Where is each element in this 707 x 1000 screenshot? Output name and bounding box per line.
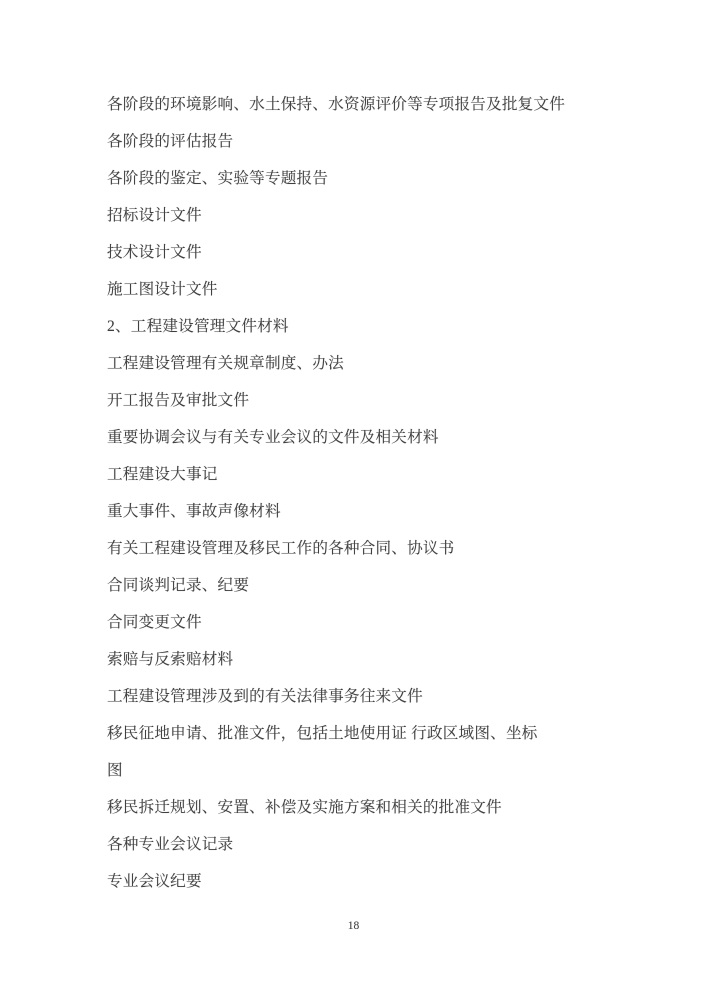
doc-line: 移民拆迁规划、安置、补偿及实施方案和相关的批准文件	[107, 789, 667, 826]
doc-line: 各种专业会议记录	[107, 826, 667, 863]
doc-line: 工程建设大事记	[107, 456, 667, 493]
document-page: 各阶段的环境影响、水土保持、水资源评价等专项报告及批复文件 各阶段的评估报告 各…	[0, 0, 707, 1000]
doc-line: 工程建设管理涉及到的有关法律事务往来文件	[107, 678, 667, 715]
doc-line: 移民征地申请、批准文件，包括土地使用证 行政区域图、坐标	[107, 715, 667, 752]
doc-line: 开工报告及审批文件	[107, 382, 667, 419]
doc-line: 技术设计文件	[107, 234, 667, 271]
doc-line: 索赔与反索赔材料	[107, 641, 667, 678]
doc-line: 合同变更文件	[107, 604, 667, 641]
doc-line: 施工图设计文件	[107, 271, 667, 308]
doc-section-heading: 2、工程建设管理文件材料	[107, 308, 667, 345]
doc-line: 各阶段的环境影响、水土保持、水资源评价等专项报告及批复文件	[107, 86, 667, 123]
doc-line: 各阶段的评估报告	[107, 123, 667, 160]
doc-line-continuation: 图	[107, 752, 667, 789]
document-body: 各阶段的环境影响、水土保持、水资源评价等专项报告及批复文件 各阶段的评估报告 各…	[107, 86, 667, 900]
page-number: 18	[0, 920, 707, 932]
doc-line: 招标设计文件	[107, 197, 667, 234]
doc-line: 专业会议纪要	[107, 863, 667, 900]
doc-line: 有关工程建设管理及移民工作的各种合同、协议书	[107, 530, 667, 567]
doc-line: 合同谈判记录、纪要	[107, 567, 667, 604]
doc-line: 工程建设管理有关规章制度、办法	[107, 345, 667, 382]
doc-line: 重大事件、事故声像材料	[107, 493, 667, 530]
doc-line: 各阶段的鉴定、实验等专题报告	[107, 160, 667, 197]
doc-line: 重要协调会议与有关专业会议的文件及相关材料	[107, 419, 667, 456]
